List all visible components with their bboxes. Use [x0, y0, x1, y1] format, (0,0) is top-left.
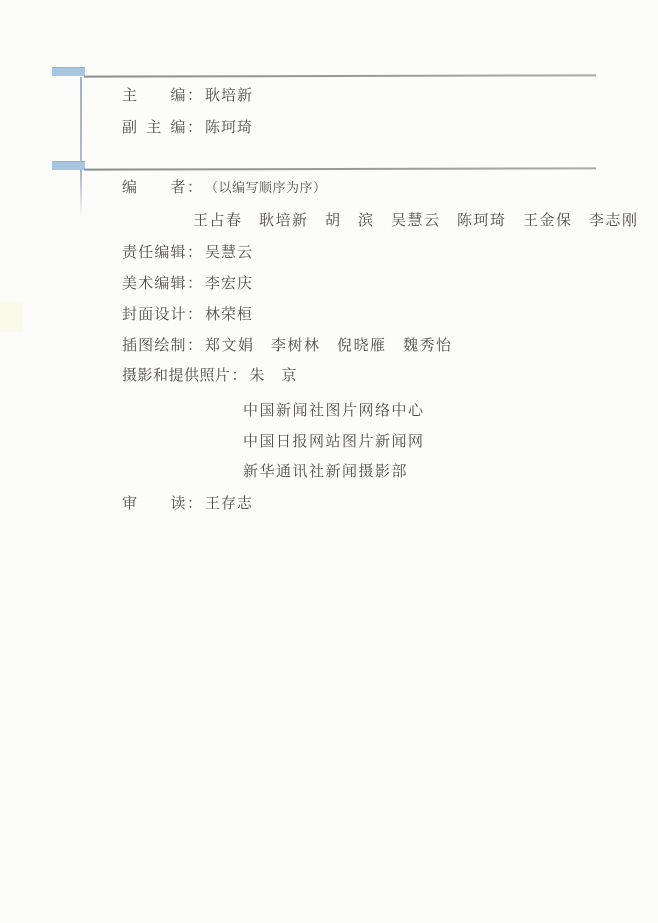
- art-editor-label: 美术编辑: [122, 274, 186, 294]
- colon: ：: [187, 336, 199, 356]
- page-margin-smudge: [0, 301, 23, 332]
- horizontal-rule-top: [84, 74, 596, 77]
- row-photo-org: 新华通讯社新闻摄影部: [243, 462, 408, 482]
- row-photo-org: 中国日报网站图片新闻网: [243, 432, 425, 452]
- row-illustration: 插图绘制： 郑文娟 李树林 倪晓雁 魏秀怡: [122, 336, 453, 356]
- editors-label: 编者: [122, 178, 186, 198]
- photo-org-name: 新华通讯社新闻摄影部: [243, 462, 408, 482]
- deputy-chief-editor-name: 陈珂琦: [205, 118, 253, 138]
- row-editors: 编者： （以编写顺序为序）: [122, 178, 327, 198]
- vertical-rule-top: [80, 77, 82, 161]
- colon: ：: [187, 86, 199, 106]
- colon: ：: [187, 118, 199, 138]
- illustration-label: 插图绘制: [122, 336, 186, 356]
- deputy-chief-editor-label: 副主编: [122, 118, 186, 138]
- photography-label: 摄影和提供照片: [122, 366, 231, 386]
- row-reviewer: 审读： 王存志: [122, 494, 253, 514]
- row-responsible-editor: 责任编辑： 吴慧云: [122, 243, 253, 263]
- scanned-credits-page: 主编： 耿培新 副主编： 陈珂琦 编者： （以编写顺序为序） 王占春 耿培新 胡…: [0, 0, 658, 923]
- row-chief-editor: 主编： 耿培新: [122, 86, 253, 106]
- art-editor-name: 李宏庆: [205, 274, 253, 294]
- row-cover-design: 封面设计： 林荣桓: [122, 305, 253, 325]
- row-photo-org: 中国新闻社图片网络中心: [243, 401, 425, 421]
- colon: ：: [187, 243, 199, 263]
- colon: ：: [187, 494, 199, 514]
- photo-org-name: 中国新闻社图片网络中心: [243, 401, 425, 421]
- photographer-name: 朱 京: [250, 366, 298, 386]
- reviewer-label: 审读: [122, 494, 186, 514]
- photo-org-name: 中国日报网站图片新闻网: [243, 432, 425, 452]
- chief-editor-label: 主编: [122, 86, 186, 106]
- row-editor-names: 王占春 耿培新 胡 滨 吴慧云 陈珂琦 王金保 李志刚: [193, 211, 639, 231]
- colon: ：: [187, 274, 199, 294]
- vertical-rule-middle: [80, 170, 82, 217]
- row-photography: 摄影和提供照片： 朱 京: [122, 366, 298, 386]
- row-deputy-chief-editor: 副主编： 陈珂琦: [122, 118, 253, 138]
- cover-design-label: 封面设计: [122, 305, 186, 325]
- row-art-editor: 美术编辑： 李宏庆: [122, 274, 253, 294]
- editors-order-note: （以编写顺序为序）: [205, 178, 327, 198]
- colon: ：: [187, 305, 199, 325]
- chief-editor-name: 耿培新: [205, 86, 253, 106]
- editor-names-list: 王占春 耿培新 胡 滨 吴慧云 陈珂琦 王金保 李志刚: [193, 211, 639, 231]
- blue-accent-bar-middle: [52, 161, 85, 170]
- colon: ：: [232, 366, 244, 386]
- reviewer-name: 王存志: [205, 494, 253, 514]
- responsible-editor-name: 吴慧云: [205, 243, 253, 263]
- illustrator-names-list: 郑文娟 李树林 倪晓雁 魏秀怡: [205, 336, 453, 356]
- responsible-editor-label: 责任编辑: [122, 243, 186, 263]
- horizontal-rule-middle: [84, 167, 596, 170]
- blue-accent-bar-top: [52, 67, 85, 76]
- cover-designer-name: 林荣桓: [205, 305, 253, 325]
- colon: ：: [187, 178, 199, 198]
